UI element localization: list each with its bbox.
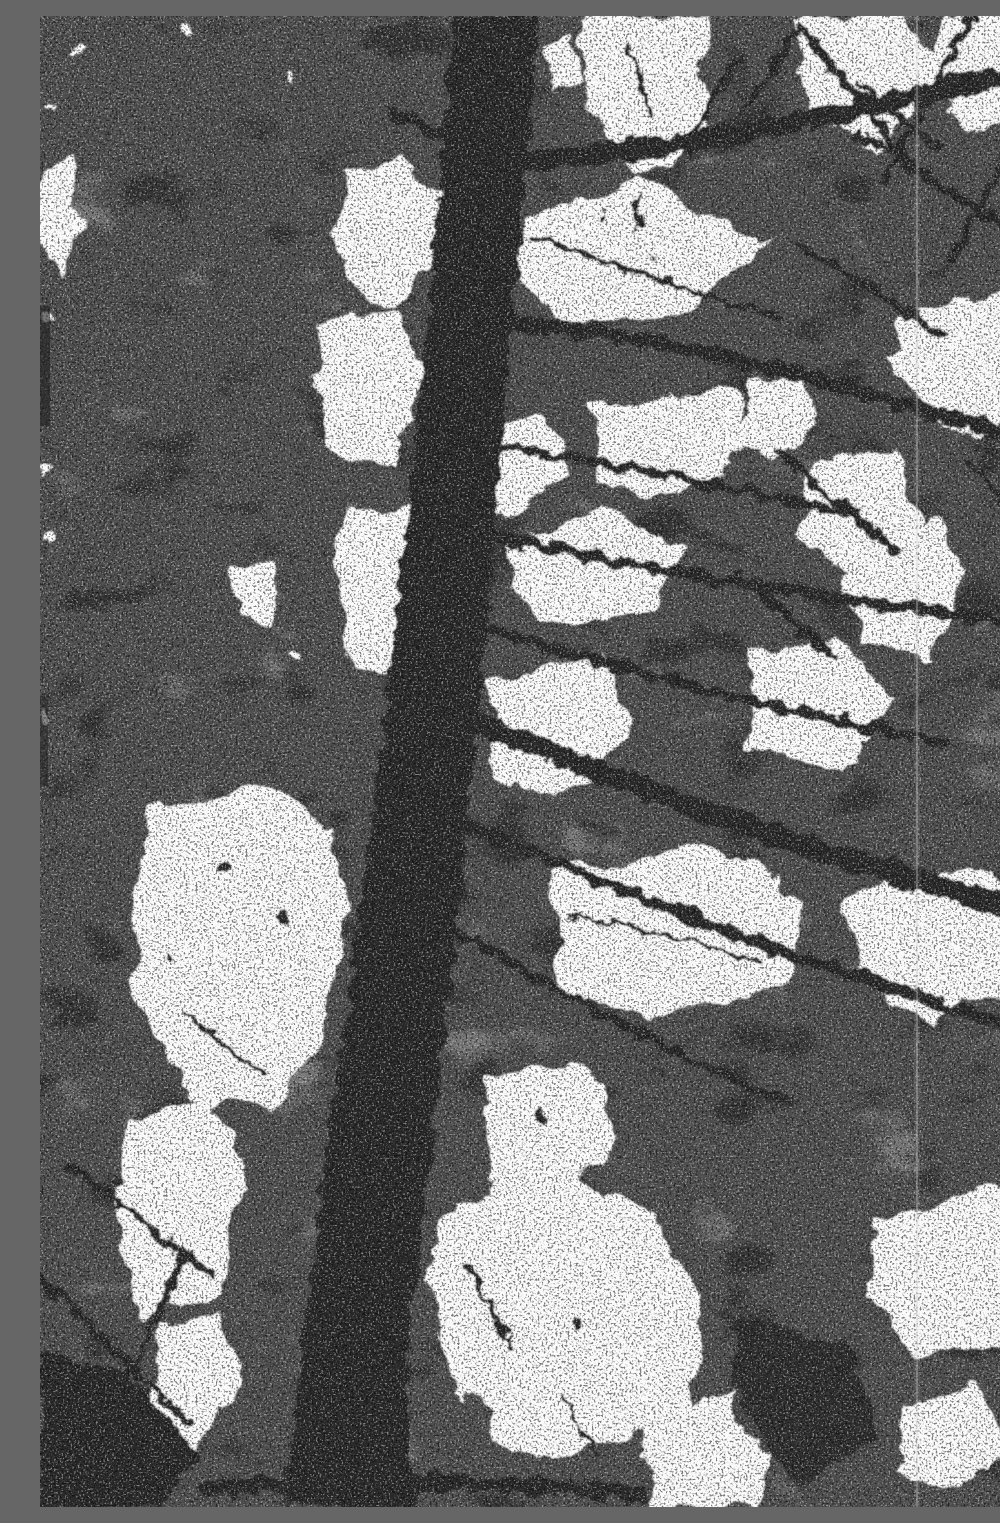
forest-photo-canvas	[40, 16, 1000, 1507]
grain-black-overlay	[40, 16, 1000, 1507]
edge-smudge-left	[40, 696, 48, 786]
photocopied-forest-photo: Grainy high-contrast photocopy of a blac…	[40, 16, 1000, 1507]
edge-smudge-left	[40, 306, 50, 426]
